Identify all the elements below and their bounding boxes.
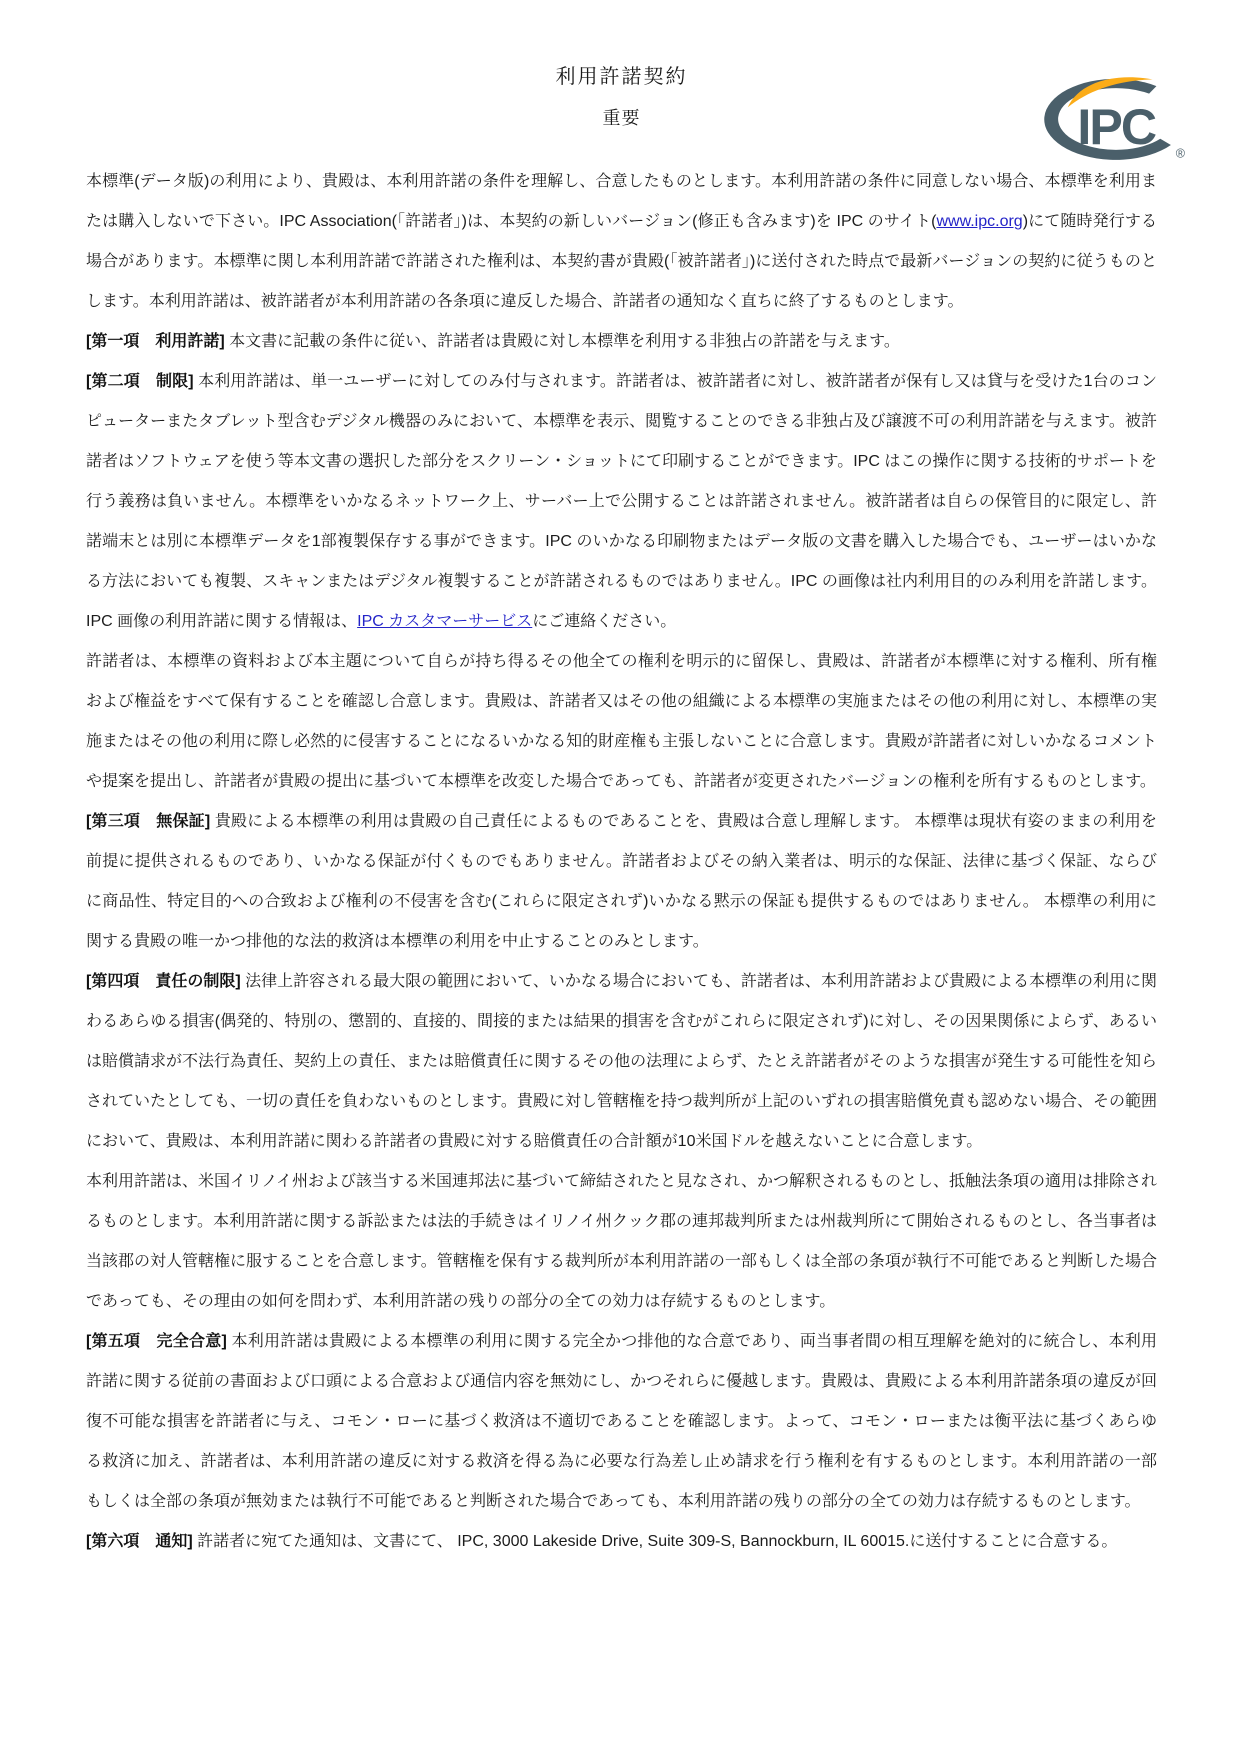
- paragraph-text: 本利用許諾は、米国イリノイ州および該当する米国連邦法に基づいて締結されたと見なさ…: [86, 1173, 1157, 1310]
- document-subtitle: 重要: [86, 106, 1157, 130]
- section-heading: [第二項 制限]: [86, 373, 198, 390]
- document-page: 利用許諾契約 重要 IPC ® 本標準(データ版)の利用により、貴殿は、本利用許…: [0, 0, 1241, 1755]
- section-heading: [第四項 責任の制限]: [86, 973, 245, 990]
- ipc-logo-registered-mark: ®: [1176, 147, 1186, 161]
- document-header: 利用許諾契約 重要: [86, 64, 1157, 130]
- ipc-customer-service-link[interactable]: IPC カスタマーサービス: [357, 613, 532, 630]
- section-heading: [第一項 利用許諾]: [86, 333, 229, 350]
- paragraph-text: 本文書に記載の条件に従い、許諾者は貴殿に対し本標準を利用する非独占の許諾を与えま…: [229, 333, 900, 350]
- ipc-website-link[interactable]: www.ipc.org: [936, 213, 1022, 230]
- license-text-body: 本標準(データ版)の利用により、貴殿は、本利用許諾の条件を理解し、合意したものと…: [86, 162, 1157, 1562]
- license-paragraph: [第三項 無保証] 貴殿による本標準の利用は貴殿の自己責任によるものであることを…: [86, 802, 1157, 962]
- paragraph-text: 法律上許容される最大限の範囲において、いかなる場合においても、許諾者は、本利用許…: [86, 973, 1157, 1150]
- document-title: 利用許諾契約: [86, 64, 1157, 90]
- license-paragraph: [第二項 制限] 本利用許諾は、単一ユーザーに対してのみ付与されます。許諾者は、…: [86, 362, 1157, 642]
- section-heading: [第五項 完全合意]: [86, 1333, 232, 1350]
- paragraph-text: 許諾者に宛てた通知は、文書にて、 IPC, 3000 Lakeside Driv…: [197, 1533, 1117, 1550]
- license-paragraph: [第四項 責任の制限] 法律上許容される最大限の範囲において、いかなる場合におい…: [86, 962, 1157, 1162]
- section-heading: [第六項 通知]: [86, 1533, 197, 1550]
- paragraph-text: 許諾者は、本標準の資料および本主題について自らが持ち得るその他全ての権利を明示的…: [86, 653, 1157, 790]
- license-paragraph: [第六項 通知] 許諾者に宛てた通知は、文書にて、 IPC, 3000 Lake…: [86, 1522, 1157, 1562]
- license-paragraph: 本利用許諾は、米国イリノイ州および該当する米国連邦法に基づいて締結されたと見なさ…: [86, 1162, 1157, 1322]
- license-paragraph: 本標準(データ版)の利用により、貴殿は、本利用許諾の条件を理解し、合意したものと…: [86, 162, 1157, 322]
- ipc-logo-text: IPC: [1077, 99, 1156, 155]
- section-heading: [第三項 無保証]: [86, 813, 215, 830]
- license-paragraph: [第五項 完全合意] 本利用許諾は貴殿による本標準の利用に関する完全かつ排他的な…: [86, 1322, 1157, 1522]
- paragraph-text: 貴殿による本標準の利用は貴殿の自己責任によるものであることを、貴殿は合意し理解し…: [86, 813, 1157, 950]
- paragraph-text: 本利用許諾は、単一ユーザーに対してのみ付与されます。許諾者は、被許諾者に対し、被…: [86, 373, 1157, 630]
- ipc-logo: IPC ®: [1033, 70, 1195, 164]
- ipc-logo-graphic: IPC ®: [1033, 70, 1195, 164]
- paragraph-text: にご連絡ください。: [532, 613, 676, 630]
- license-paragraph: [第一項 利用許諾] 本文書に記載の条件に従い、許諾者は貴殿に対し本標準を利用す…: [86, 322, 1157, 362]
- license-paragraph: 許諾者は、本標準の資料および本主題について自らが持ち得るその他全ての権利を明示的…: [86, 642, 1157, 802]
- paragraph-text: 本利用許諾は貴殿による本標準の利用に関する完全かつ排他的な合意であり、両当事者間…: [86, 1333, 1157, 1510]
